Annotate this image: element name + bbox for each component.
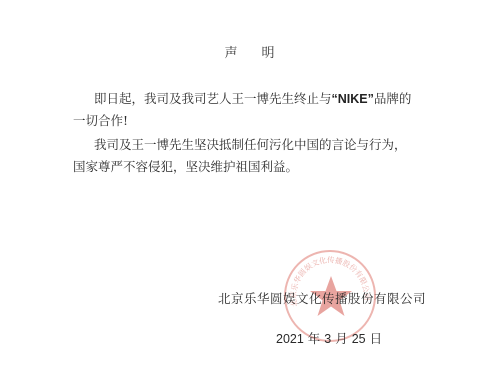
document-body: 即日起，我司及我司艺人王一博先生终止与“NIKE”品牌的一切合作! 我司及王一博… bbox=[73, 88, 413, 180]
date-day-unit: 日 bbox=[370, 331, 383, 346]
date-day: 25 bbox=[352, 332, 366, 346]
date-month: 3 bbox=[324, 332, 331, 346]
paragraph-text: 即日起，我司及我司艺人王一博先生终止与 bbox=[94, 91, 332, 106]
paragraph-position: 我司及王一博先生坚决抵制任何污化中国的言论与行为，国家尊严不容侵犯，坚决维护祖国… bbox=[73, 134, 413, 178]
company-signature: 北京乐华圆娱文化传播股份有限公司 bbox=[218, 289, 426, 307]
brand-name: “NIKE” bbox=[332, 92, 374, 106]
date-year-unit: 年 bbox=[308, 331, 321, 346]
date-year: 2021 bbox=[276, 332, 304, 346]
date-month-unit: 月 bbox=[335, 331, 348, 346]
document-date: 2021 年 3 月 25 日 bbox=[276, 329, 382, 347]
paragraph-termination: 即日起，我司及我司艺人王一博先生终止与“NIKE”品牌的一切合作! bbox=[73, 88, 413, 132]
document-title: 声明 bbox=[0, 42, 499, 61]
